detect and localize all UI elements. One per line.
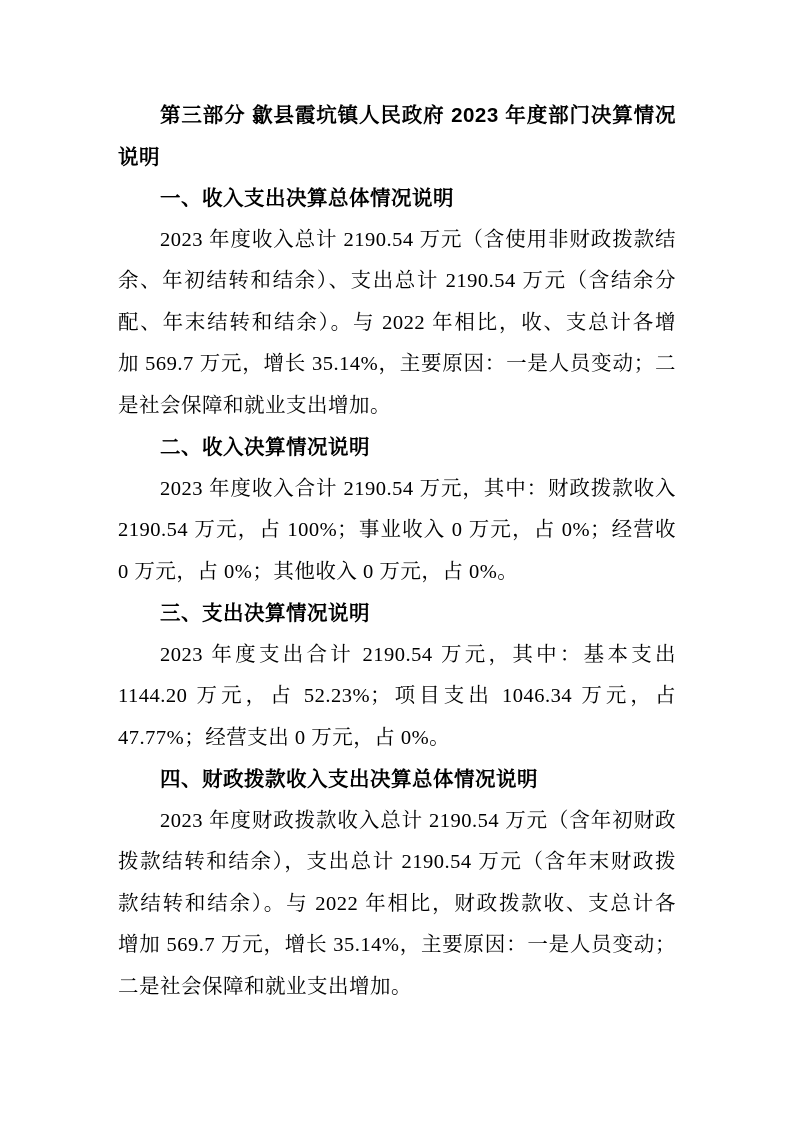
section-4-paragraph-line-5: 二是社会保障和就业支出增加。 — [118, 967, 676, 1009]
section-2-paragraph-line-1: 2023 年度收入合计 2190.54 万元，其中：财政拨款收入 — [118, 469, 676, 511]
section-1-paragraph-line-4: 加 569.7 万元，增长 35.14%，主要原因：一是人员变动；二 — [118, 344, 676, 386]
section-3-paragraph-line-2: 1144.20 万元，占 52.23%；项目支出 1046.34 万元，占 — [118, 676, 676, 718]
section-1-paragraph-line-2: 余、年初结转和结余）、支出总计 2190.54 万元（含结余分 — [118, 261, 676, 303]
section-3-paragraph-line-1: 2023 年度支出合计 2190.54 万元，其中：基本支出 — [118, 635, 676, 677]
section-2-paragraph-line-2: 2190.54 万元，占 100%；事业收入 0 万元，占 0%；经营收入 — [118, 510, 676, 552]
section-4-paragraph-line-4: 增加 569.7 万元，增长 35.14%，主要原因：一是人员变动； — [118, 925, 676, 967]
document-page: 第三部分 歙县霞坑镇人民政府 2023 年度部门决算情况 说明 一、收入支出决算… — [0, 0, 793, 1122]
section-1-heading: 一、收入支出决算总体情况说明 — [118, 178, 676, 220]
section-1-paragraph-line-3: 配、年末结转和结余）。与 2022 年相比，收、支总计各增 — [118, 303, 676, 345]
section-4-paragraph-line-1: 2023 年度财政拨款收入总计 2190.54 万元（含年初财政 — [118, 801, 676, 843]
document-title-line-2: 说明 — [118, 137, 676, 179]
section-2-paragraph-line-3: 0 万元，占 0%；其他收入 0 万元，占 0%。 — [118, 552, 676, 594]
section-4-paragraph-line-2: 拨款结转和结余），支出总计 2190.54 万元（含年末财政拨 — [118, 842, 676, 884]
document-title-line-1: 第三部分 歙县霞坑镇人民政府 2023 年度部门决算情况 — [118, 95, 676, 137]
document-content: 第三部分 歙县霞坑镇人民政府 2023 年度部门决算情况 说明 一、收入支出决算… — [118, 95, 676, 1008]
section-1-paragraph-line-5: 是社会保障和就业支出增加。 — [118, 386, 676, 428]
section-3-paragraph-line-3: 47.77%；经营支出 0 万元，占 0%。 — [118, 718, 676, 760]
section-4-heading: 四、财政拨款收入支出决算总体情况说明 — [118, 759, 676, 801]
section-1-paragraph-line-1: 2023 年度收入总计 2190.54 万元（含使用非财政拨款结 — [118, 220, 676, 262]
section-3-heading: 三、支出决算情况说明 — [118, 593, 676, 635]
section-2-heading: 二、收入决算情况说明 — [118, 427, 676, 469]
section-4-paragraph-line-3: 款结转和结余）。与 2022 年相比，财政拨款收、支总计各 — [118, 884, 676, 926]
